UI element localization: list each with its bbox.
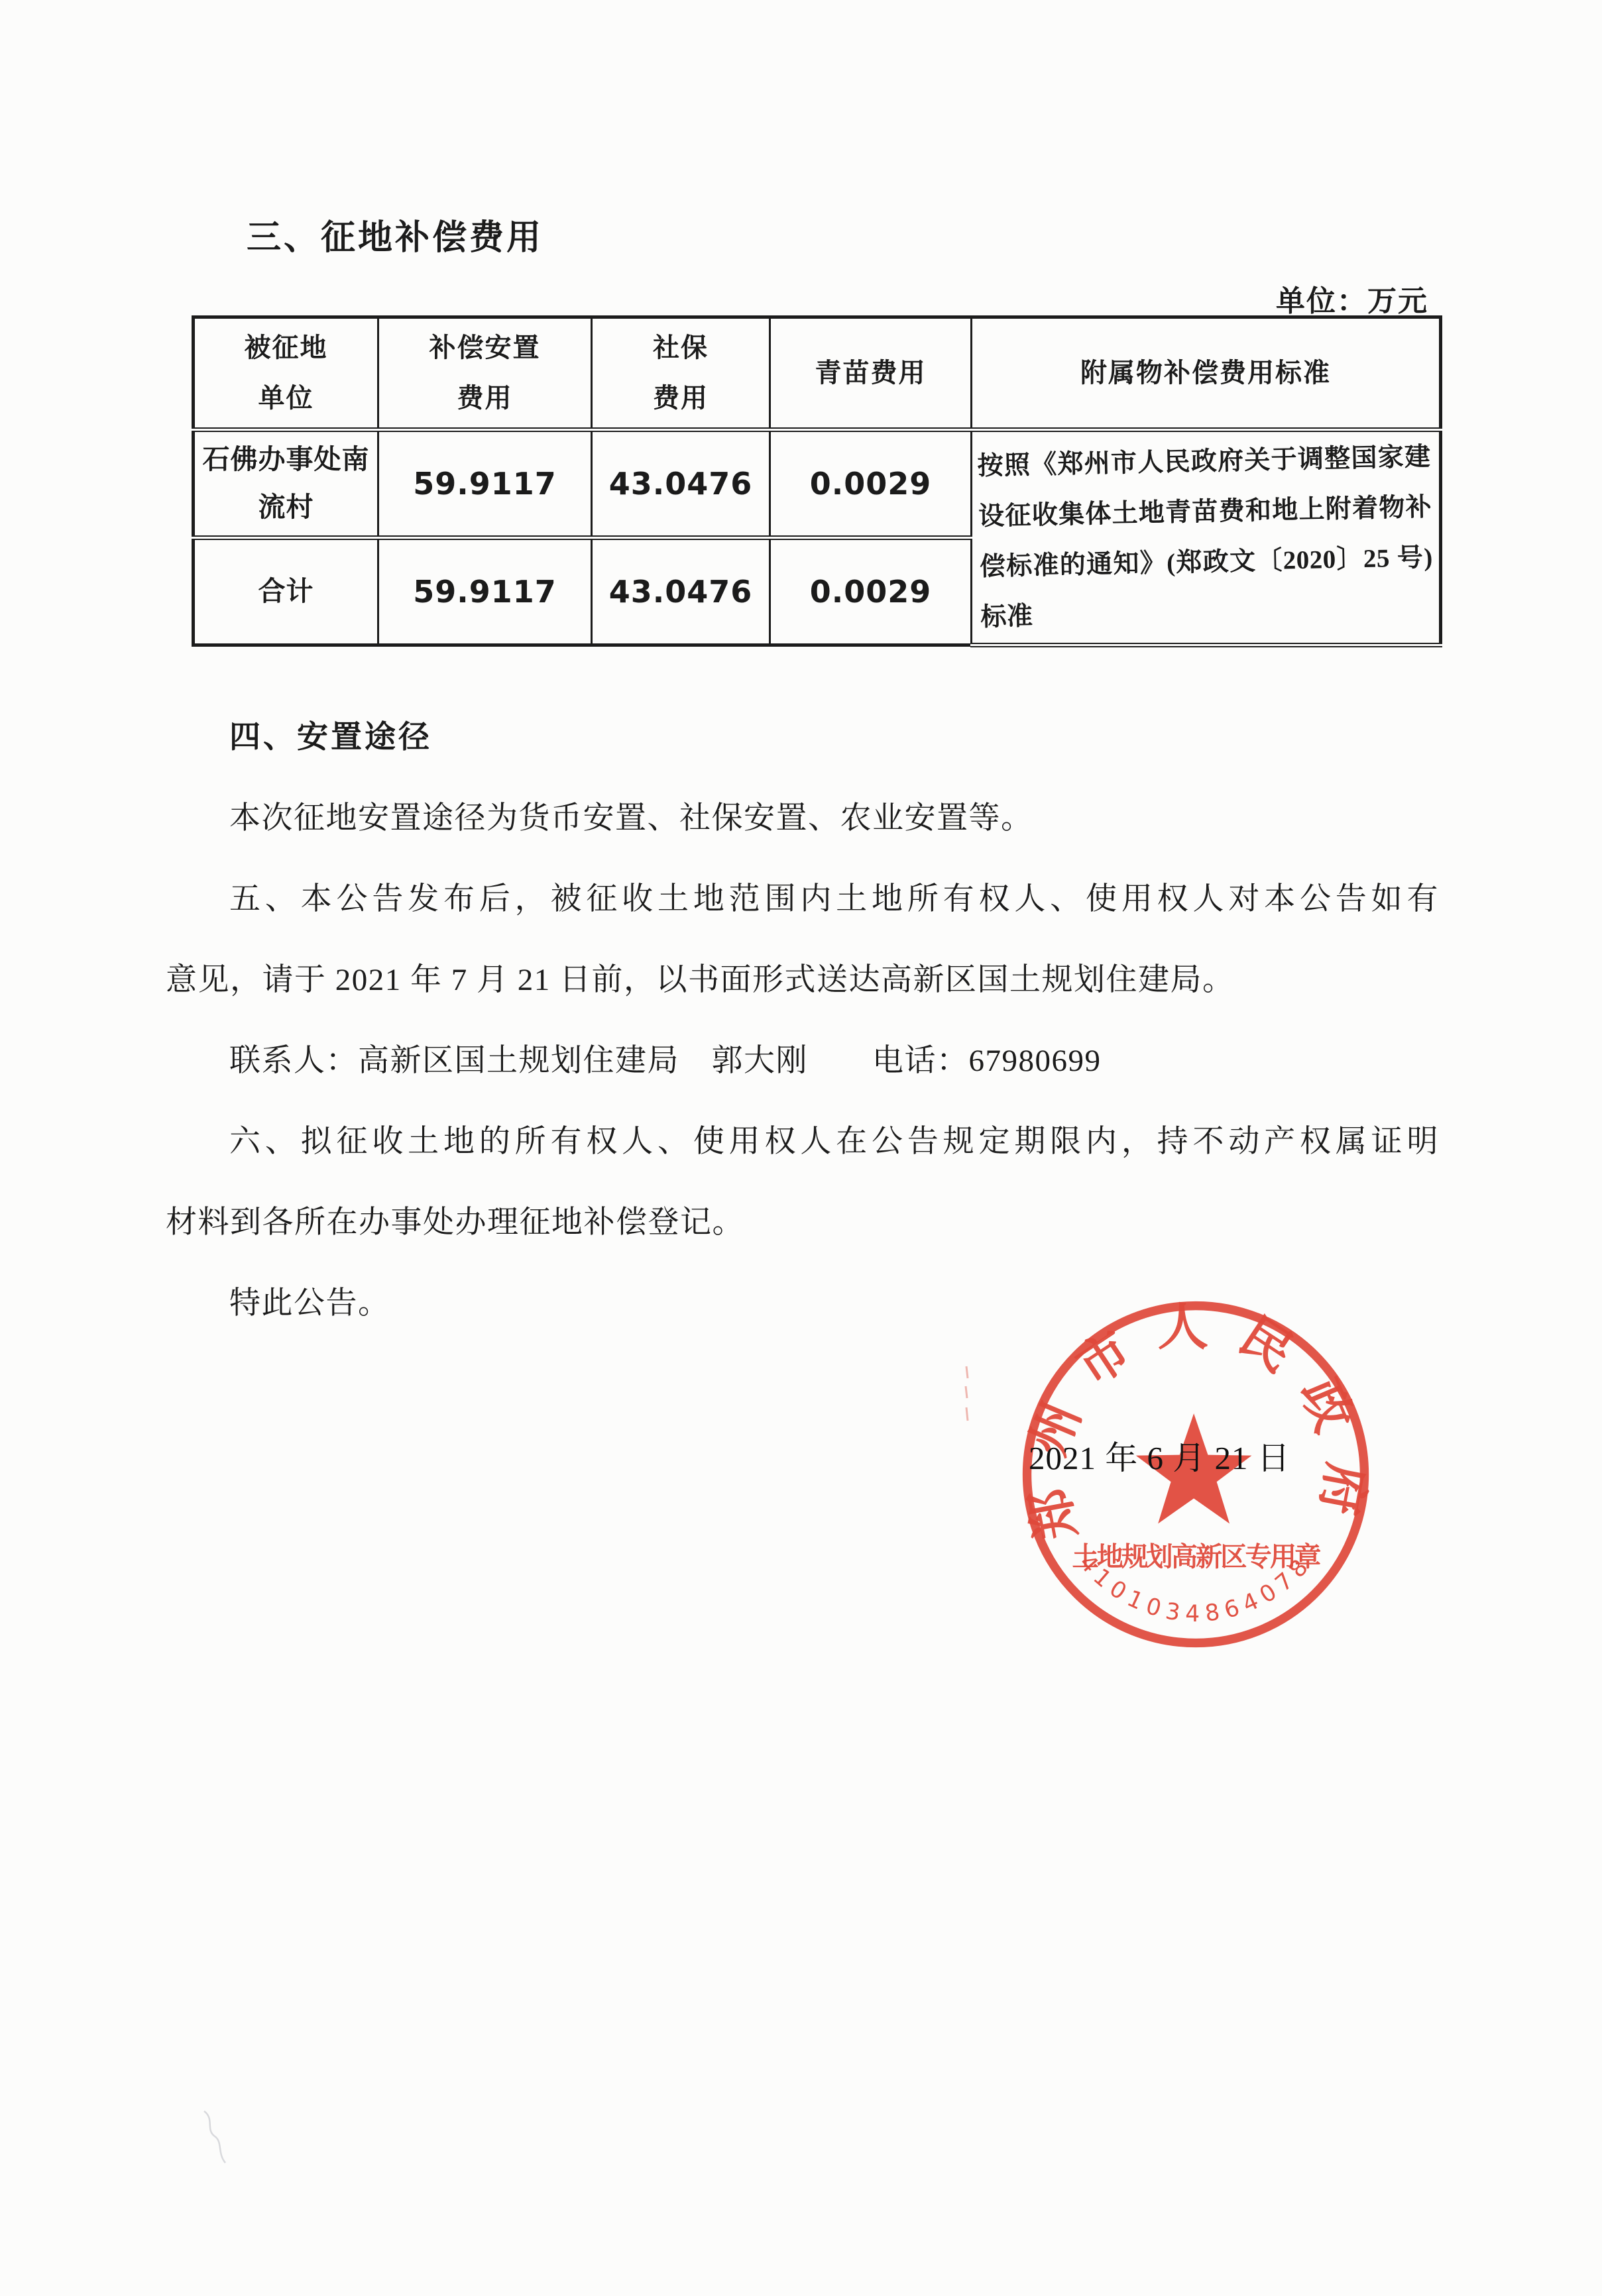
paragraph-objection-notice-line1: 五、本公告发布后，被征收土地范围内土地所有权人、使用权人对本公告如有 (166, 859, 1439, 940)
paragraph-resettlement-methods: 本次征地安置途径为货币安置、社保安置、农业安置等。 (166, 778, 1439, 859)
cell-total-compensation-value: 59.9117 (378, 537, 592, 645)
paragraph-registration-notice-line1: 六、拟征收土地的所有权人、使用权人在公告规定期限内，持不动产权属证明 (166, 1101, 1439, 1182)
header-expropriated-unit: 被征地 单位 (194, 317, 378, 430)
cell-compensation-value: 59.9117 (378, 430, 592, 538)
document-body: 四、安置途径 本次征地安置途径为货币安置、社保安置、农业安置等。 五、本公告发布… (166, 697, 1439, 1344)
cell-social-security-value: 43.0476 (592, 430, 770, 538)
header-compensation-resettlement-fee: 补偿安置 费用 (378, 317, 592, 430)
cell-total-seedling-value: 0.0029 (770, 537, 972, 645)
header-seedling-fee: 青苗费用 (770, 317, 972, 430)
cell-attachment-standard-note: 按照《郑州市人民政府关于调整国家建设征收集体土地青苗费和地上附着物补偿标准的通知… (972, 430, 1441, 645)
section-title-compensation-fees: 三、征地补偿费用 (247, 209, 544, 259)
header-attachment-compensation-standard: 附属物补偿费用标准 (972, 317, 1441, 430)
table-header-row: 被征地 单位 补偿安置 费用 社保 费用 青苗费用 附属物补偿费用标准 (194, 317, 1441, 430)
table-row: 石佛办事处南流村 59.9117 43.0476 0.0029 按照《郑州市人民… (194, 430, 1441, 538)
paragraph-contact-info: 联系人：高新区国土规划住建局 郭大刚 电话：67980699 (166, 1020, 1439, 1101)
header-social-security-fee: 社保 费用 (592, 317, 770, 430)
paragraph-registration-notice-line2: 材料到各所在办事处办理征地补偿登记。 (166, 1182, 1439, 1263)
paragraph-objection-notice-line2: 意见，请于 2021 年 7 月 21 日前，以书面形式送达高新区国土规划住建局… (166, 940, 1439, 1020)
cell-total-label: 合计 (194, 537, 378, 645)
scan-smudge-mark (962, 1364, 972, 1423)
scan-squiggle-artifact (192, 2107, 245, 2167)
section-title-resettlement-methods: 四、安置途径 (166, 697, 1439, 778)
compensation-table: 被征地 单位 补偿安置 费用 社保 费用 青苗费用 附属物补偿费用标准 石佛办事… (192, 315, 1442, 647)
announcement-date: 2021 年 6 月 21 日 (1029, 1433, 1334, 1479)
attachment-standard-note-text: 按照《郑州市人民政府关于调整国家建设征收集体土地青苗费和地上附着物补偿标准的通知… (977, 432, 1434, 643)
cell-seedling-value: 0.0029 (770, 430, 972, 538)
cell-total-social-security-value: 43.0476 (592, 537, 770, 645)
cell-village-name: 石佛办事处南流村 (194, 430, 378, 538)
table-unit-label: 单位：万元 (1276, 277, 1428, 319)
